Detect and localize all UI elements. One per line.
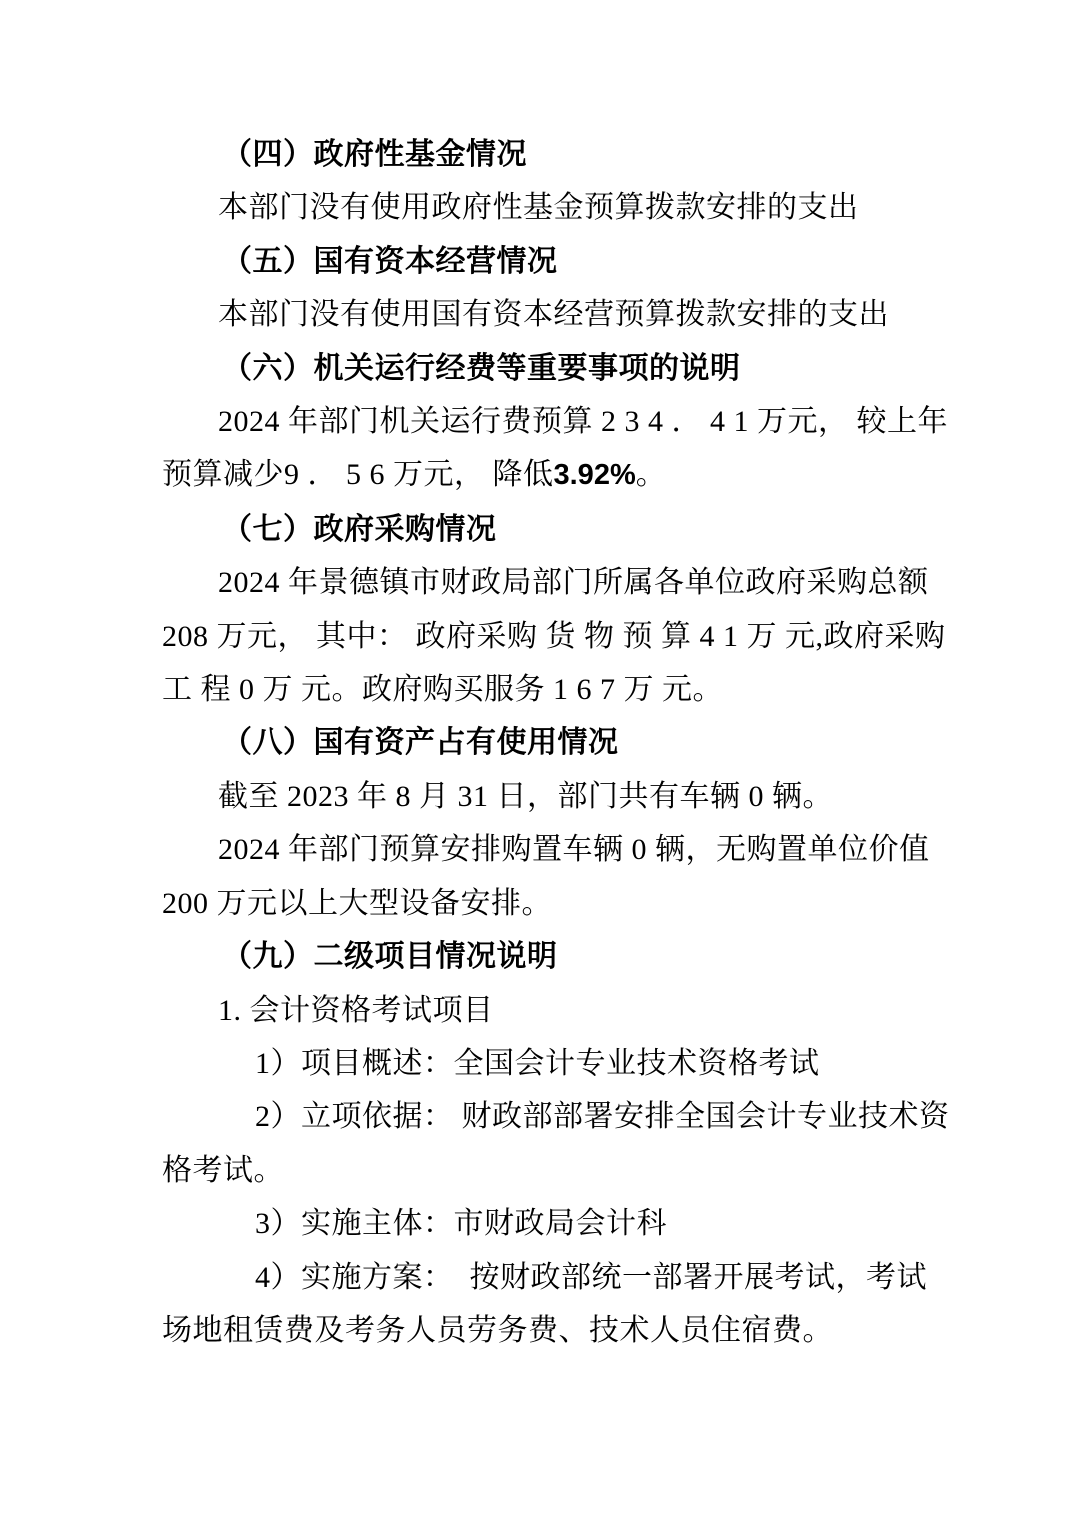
document-page: （四）政府性基金情况 本部门没有使用政府性基金预算拨款安排的支出 （五）国有资本…	[0, 0, 1074, 1520]
section-heading-procurement: （七）政府采购情况	[162, 503, 922, 556]
project-overview: 1）项目概述：全国会计专业技术资格考试	[162, 1037, 922, 1090]
paragraph-state-assets-2: 2024 年部门预算安排购置车辆 0 辆，无购置单位价值	[162, 823, 922, 876]
paragraph-procurement-2: 208 万元， 其中： 政府采购 货 物 预 算 4 1 万 元,政府采购	[162, 610, 922, 663]
document-body: （四）政府性基金情况 本部门没有使用政府性基金预算拨款安排的支出 （五）国有资本…	[162, 128, 922, 1357]
paragraph-procurement-1: 2024 年景德镇市财政局部门所属各单位政府采购总额	[162, 556, 922, 609]
project-basis-2: 格考试。	[162, 1144, 922, 1197]
paragraph-operating-funds-1: 2024 年部门机关运行费预算 2 3 4 ． 4 1 万元， 较上年	[162, 395, 922, 448]
section-heading-operating-funds: （六）机关运行经费等重要事项的说明	[162, 342, 922, 395]
percent-value: 3.92%	[554, 459, 636, 491]
section-heading-gov-funds: （四）政府性基金情况	[162, 128, 922, 181]
text-segment: 预算减少9 ． 5 6 万元， 降低	[162, 458, 554, 491]
project-basis-1: 2）立项依据： 财政部部署安排全国会计专业技术资	[162, 1090, 922, 1143]
paragraph-gov-funds: 本部门没有使用政府性基金预算拨款安排的支出	[162, 181, 922, 234]
project-plan-1: 4）实施方案： 按财政部统一部署开展考试，考试	[162, 1251, 922, 1304]
project-plan-2: 场地租赁费及考务人员劳务费、技术人员住宿费。	[162, 1304, 922, 1357]
section-heading-level2-projects: （九）二级项目情况说明	[162, 930, 922, 983]
paragraph-state-assets-1: 截至 2023 年 8 月 31 日，部门共有车辆 0 辆。	[162, 770, 922, 823]
paragraph-state-capital: 本部门没有使用国有资本经营预算拨款安排的支出	[162, 288, 922, 341]
project-item-title: 1. 会计资格考试项目	[162, 984, 922, 1037]
paragraph-state-assets-3: 200 万元以上大型设备安排。	[162, 877, 922, 930]
section-heading-state-assets: （八）国有资产占有使用情况	[162, 716, 922, 769]
paragraph-procurement-3: 工 程 0 万 元。政府购买服务 1 6 7 万 元。	[162, 663, 922, 716]
text-segment: 。	[636, 458, 667, 491]
project-implementer: 3）实施主体：市财政局会计科	[162, 1197, 922, 1250]
section-heading-state-capital: （五）国有资本经营情况	[162, 235, 922, 288]
paragraph-operating-funds-2: 预算减少9 ． 5 6 万元， 降低3.92%。	[162, 448, 922, 502]
